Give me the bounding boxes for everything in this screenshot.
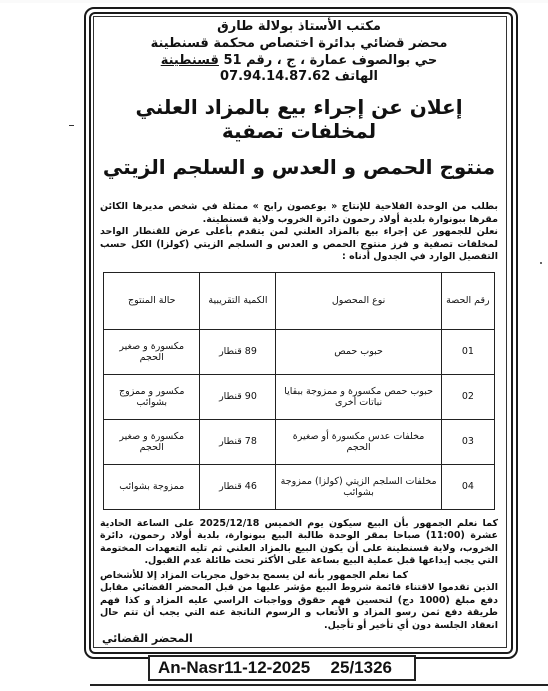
- phone-line: الهاتف 07.94.14.87.62: [96, 69, 502, 85]
- address-city: قسنطينة: [161, 53, 219, 68]
- lot-number: 01: [441, 329, 494, 374]
- product-type: مخلفات عدس مكسورة أو صغيرة الحجم: [276, 419, 441, 464]
- header-product-type: نوع المحصول: [276, 272, 441, 329]
- product-state: مكسورة و صغير الحجم: [104, 329, 200, 374]
- quantity: 46 قنطار: [200, 464, 276, 509]
- product-type: حبوب حمص مكسورة و ممزوجة ببقايا نباتات أ…: [276, 374, 441, 419]
- address-prefix: حي بوالصوف عمارة ، ج ، رقم 51: [223, 53, 437, 68]
- quantity: 90 قنطار: [200, 374, 276, 419]
- bailiff-signature: المحضر القضائي: [102, 632, 193, 645]
- header-state: حالة المنتوج: [104, 272, 200, 329]
- access-conditions-paragraph: كما نعلم الجمهور بأنه لن يسمح بدخول مجري…: [100, 570, 498, 633]
- product-state: ممزوجة بشوائب: [104, 464, 200, 509]
- table-row: 04 مخلفات السلجم الزيتي (كولزا) ممزوجة ب…: [104, 464, 495, 509]
- requester-paragraph: بطلب من الوحدة الفلاحية للإنتاج « بوعصون…: [100, 201, 498, 226]
- lots-table: رقم الحصة نوع المحصول الكمية التقريبية ح…: [103, 272, 495, 510]
- office-name: مكتب الأستاذ بولالة طارق: [96, 18, 502, 35]
- product-type: مخلفات السلجم الزيتي (كولزا) ممزوجة بشوا…: [276, 464, 441, 509]
- newspaper-source: An-Nasr11-12-2025: [158, 658, 310, 678]
- announcement-paragraph: نعلن للجمهور عن إجراء بيع بالمزاد العلني…: [100, 226, 498, 264]
- product-state: مكسور و ممزوج بشوائب: [104, 374, 200, 419]
- table-header-row: رقم الحصة نوع المحصول الكمية التقريبية ح…: [104, 272, 495, 329]
- table-row: 02 حبوب حمص مكسورة و ممزوجة ببقايا نباتا…: [104, 374, 495, 419]
- bailiff-role: محضر قضائي بدائرة اختصاص محكمة قسنطينة: [96, 35, 502, 52]
- publication-footer: An-Nasr11-12-2025 25/1326: [148, 655, 416, 681]
- lot-number: 02: [441, 374, 494, 419]
- header-quantity: الكمية التقريبية: [200, 272, 276, 329]
- phone-number: 07.94.14.87.62: [220, 69, 330, 84]
- header-lot-number: رقم الحصة: [441, 272, 494, 329]
- lot-number: 03: [441, 419, 494, 464]
- quantity: 89 قنطار: [200, 329, 276, 374]
- sale-date-paragraph: كما نعلم الجمهور بأن البيع سيكون يوم الخ…: [100, 518, 498, 568]
- office-address: حي بوالصوف عمارة ، ج ، رقم 51 قسنطينة: [96, 52, 502, 69]
- scan-edge: [0, 0, 548, 3]
- table-row: 01 حبوب حمص 89 قنطار مكسورة و صغير الحجم: [104, 329, 495, 374]
- quantity: 78 قنطار: [200, 419, 276, 464]
- table-row: 03 مخلفات عدس مكسورة أو صغيرة الحجم 78 ق…: [104, 419, 495, 464]
- product-state: مكسورة و صغير الحجم: [104, 419, 200, 464]
- phone-label: الهاتف: [335, 69, 378, 84]
- bottom-rule: [90, 684, 548, 686]
- scan-artifact: [540, 262, 542, 264]
- product-type: حبوب حمص: [276, 329, 441, 374]
- reference-number: 25/1326: [331, 658, 392, 678]
- notice-subtitle: منتوج الحمص و العدس و السلجم الزيتي: [96, 155, 502, 179]
- notice-title: إعلان عن إجراء بيع بالمزاد العلني لمخلفا…: [96, 95, 502, 143]
- scan-artifact: [69, 125, 74, 126]
- lot-number: 04: [441, 464, 494, 509]
- notice-content: مكتب الأستاذ بولالة طارق محضر قضائي بدائ…: [96, 18, 502, 632]
